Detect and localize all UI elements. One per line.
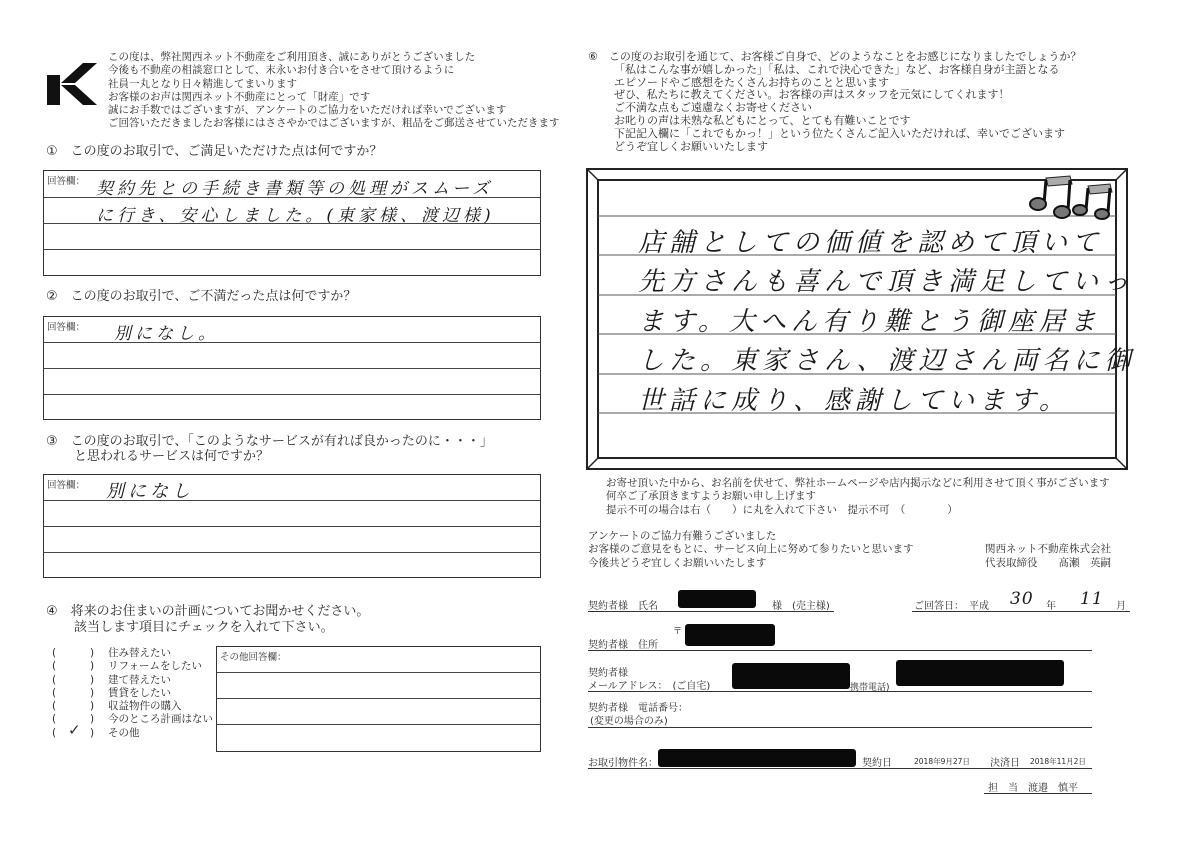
q3-answer-line: 別になし — [106, 477, 194, 503]
representative-name: 代表取締役 髙瀬 英嗣 — [985, 557, 1111, 570]
thanks-line: アンケートのご協力有難うございました — [588, 530, 914, 543]
q6-answer-line: した。東家さん、渡辺さん両名に御 — [638, 340, 1136, 377]
q1-answer-box[interactable]: 回答欄： 契約先との手続き書類等の処理がスムーズ に行き、安心しました。(東家様… — [43, 170, 541, 276]
intro-line: ご回答いただきましたお客様にはささやかではございますが、粗品をご郵送させていただ… — [108, 117, 560, 130]
answer-month[interactable]: 11 — [1080, 589, 1104, 609]
q4-option-label: 今のところ計画はない — [108, 713, 213, 726]
intro-line: 社員一丸となり日々精進してまいります — [108, 78, 560, 91]
q4-other-answer-box[interactable]: その他回答欄： — [216, 646, 541, 752]
k-logo-icon — [47, 63, 97, 105]
q2-answer-line: 別になし。 — [114, 319, 219, 344]
checkbox-close-paren: ) — [90, 727, 94, 740]
postal-mark: 〒 — [673, 624, 682, 637]
company-name: 関西ネット不動産株式会社 — [985, 543, 1111, 556]
checkbox-close-paren: ) — [90, 674, 94, 687]
q6-question-line: ⑥ この度のお取引を通じて、お客様ご自身で、どのようなことをお感じになりましたで… — [588, 51, 1081, 64]
checkbox-close-paren: ) — [90, 687, 94, 700]
address-label: 契約者様 住所 — [588, 636, 658, 651]
checkbox-close-paren: ) — [90, 713, 94, 726]
q4-option-label: リフォームをしたい — [108, 660, 202, 673]
q3-answer-box[interactable]: 回答欄： 別になし — [43, 474, 541, 578]
year-label: 年 — [1046, 597, 1056, 612]
month-label: 月 — [1116, 597, 1126, 612]
checkbox-mark[interactable]: ✓ — [68, 724, 81, 737]
consent-checkbox-text[interactable]: 提示不可の場合は右（ ）に丸を入れて下さい 提示不可 （ ） — [606, 504, 1110, 517]
answer-date-label: ご回答日： 平成 — [914, 597, 989, 612]
checkbox-open-paren: ( — [52, 674, 56, 687]
answer-label: 回答欄： — [47, 173, 85, 187]
q4-option-label: 住み替えたい — [108, 647, 171, 660]
notice-line: お寄せ頂いた中から、お名前を伏せて、弊社ホームページや店内掲示などに利用させて頂… — [606, 477, 1110, 490]
thanks-line: お客様のご意見をもとに、サービス向上に努めて参りたいと思います — [588, 543, 914, 556]
email-label-2: メールアドレス： (ご自宅) — [588, 677, 710, 692]
q6-question-line: お叱りの声は未熟な私どもにとって、とても有難いことです — [588, 115, 1081, 128]
redacted-name — [678, 590, 756, 608]
redacted-address — [685, 624, 775, 646]
q4-option-label: その他 — [108, 727, 140, 740]
q4-option-label: 賃貸をしたい — [108, 687, 171, 700]
redacted-property — [658, 749, 856, 767]
checkbox-close-paren: ) — [90, 700, 94, 713]
q3-question-line1: ③ この度のお取引で、「このようなサービスが有れば良かったのに・・・」 — [46, 434, 493, 450]
q4-question-line1: ④ 将来のお住まいの計画についてお聞かせください。 — [46, 604, 369, 620]
q6-question-line: 「私はこんな事が嬉しかった」「私は、これで決心できた」など、お客様自身が主語とな… — [588, 64, 1081, 77]
intro-line: 誠にお手数ではございますが、アンケートのご協力をいただければ幸いでございます — [108, 104, 560, 117]
checkbox-close-paren: ) — [90, 647, 94, 660]
q2-answer-box[interactable]: 回答欄： 別になし。 — [43, 316, 541, 420]
checkbox-close-paren: ) — [90, 660, 94, 673]
q1-answer-line: に行き、安心しました。(東家様、渡辺様) — [96, 201, 495, 226]
other-answer-label: その他回答欄： — [220, 649, 287, 663]
q6-answer-line: 世話に成り、感謝しています。 — [638, 380, 1070, 417]
answer-year[interactable]: 30 — [1010, 589, 1034, 609]
thanks-message: アンケートのご協力有難うございました お客様のご意見をもとに、サービス向上に努め… — [588, 530, 914, 570]
checkbox-open-paren: ( — [52, 687, 56, 700]
q2-question: ② この度のお取引で、ご不満だった点は何ですか？ — [46, 289, 356, 305]
q6-answer-line: 先方さんも喜んで頂き満足していっ — [638, 261, 1134, 298]
checkbox-open-paren: ( — [52, 647, 56, 660]
music-notes-icon — [1026, 172, 1118, 222]
q4-option-label: 建て替えたい — [108, 674, 171, 687]
name-suffix: 様 (売主様) — [772, 597, 830, 612]
property-label: お取引物件名： — [588, 754, 658, 769]
answer-label: 回答欄： — [47, 319, 85, 333]
publication-notice: お寄せ頂いた中から、お名前を伏せて、弊社ホームページや店内掲示などに利用させて頂… — [606, 477, 1110, 517]
contract-date-label: 契約日 — [862, 754, 892, 769]
q1-question: ① この度のお取引で、ご満足いただけた点は何ですか？ — [46, 144, 382, 160]
checkbox-open-paren: ( — [52, 713, 56, 726]
contract-date: 2018年9月27日 — [914, 756, 970, 767]
q4-option-label: 収益物件の購入 — [108, 700, 182, 713]
q6-answer-frame[interactable]: 店舗としての価値を認めて頂いて 先方さんも喜んで頂き満足していっ ます。大へん有… — [586, 168, 1128, 470]
q1-answer-line: 契約先との手続き書類等の処理がスムーズ — [96, 174, 493, 199]
q6-question-line: どうぞ宜しくお願いいたします — [588, 141, 1081, 154]
intro-line: 今後も不動産の相談窓口として、末永いお付き合いをさせて頂けるように — [108, 64, 560, 77]
q6-answer-line: 店舗としての価値を認めて頂いて — [638, 222, 1103, 259]
q4-question-line2: 該当します項目にチェックを入れて下さい。 — [74, 620, 334, 636]
intro-line: お客様のお声は関西ネット不動産にとって「財産」です — [108, 91, 560, 104]
phone-label-2: (変更の場合のみ) — [590, 712, 668, 727]
notice-line: 何卒ご了承頂きますようお願い申し上げます — [606, 490, 1110, 503]
q6-question: ⑥ この度のお取引を通じて、お客様ご自身で、どのようなことをお感じになりましたで… — [588, 51, 1081, 153]
name-label: 契約者様 氏名 — [588, 597, 658, 612]
checkbox-open-paren: ( — [52, 727, 56, 740]
answer-label: 回答欄： — [47, 477, 85, 491]
company-logo — [47, 63, 97, 105]
q6-answer-line: ます。大へん有り難とう御座居ま — [638, 301, 1101, 338]
q3-question-line2: と思われるサービスは何ですか？ — [74, 449, 269, 465]
checkbox-open-paren: ( — [52, 660, 56, 673]
redacted-email — [732, 663, 850, 689]
thanks-line: 今後共どうぞ宜しくお願いいたします — [588, 557, 914, 570]
intro-line: この度は、弊社関西ネット不動産をご利用頂き、誠にありがとうございました — [108, 51, 560, 64]
redacted-mobile — [896, 660, 1064, 686]
settlement-label: 決済日 — [990, 754, 1020, 769]
staff-label: 担 当 渡邉 慎平 — [988, 779, 1078, 794]
q6-question-line: 下記記入欄に「これでもかっ！」という位たくさんご記入いただければ、幸いでございま… — [588, 128, 1081, 141]
intro-text: この度は、弊社関西ネット不動産をご利用頂き、誠にありがとうございました 今後も不… — [108, 51, 560, 131]
checkbox-open-paren: ( — [52, 700, 56, 713]
settlement-date: 2018年11月2日 — [1030, 756, 1086, 767]
